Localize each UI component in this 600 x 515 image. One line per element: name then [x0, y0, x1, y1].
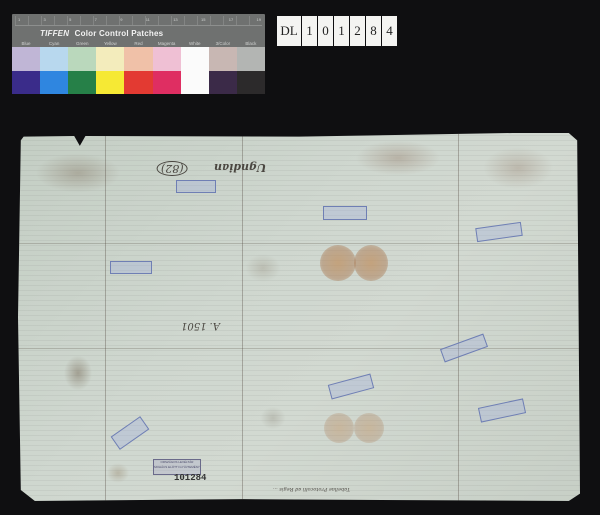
color-patch-yellow: [96, 47, 124, 94]
patch-light: [12, 47, 40, 71]
fold-line: [458, 133, 459, 501]
handwritten-inscription: Tabellae Protocolli ad Regis ...: [273, 486, 350, 492]
color-calibration-chart: 1 3 5 7 9 11 13 15 17 19 TIFFEN Color Co…: [12, 14, 265, 94]
patch-dark: [181, 71, 209, 95]
patch-light: [96, 47, 124, 71]
ruler-numbers: 1 3 5 7 9 11 13 15 17 19: [18, 17, 261, 22]
handwritten-heading: Ugndian: [214, 161, 266, 174]
handwritten-date: A. 1501: [181, 320, 220, 331]
faded-handwriting-lines: [18, 133, 580, 501]
color-patch-red: [124, 47, 152, 94]
color-patch-green: [68, 47, 96, 94]
brand-logo: TIFFEN: [40, 29, 69, 38]
patch-light: [40, 47, 68, 71]
patch-label: Green: [68, 41, 96, 46]
patch-light: [181, 47, 209, 71]
patch-label: Red: [124, 41, 152, 46]
color-patch-magenta: [153, 47, 181, 94]
patch-label: White: [181, 41, 209, 46]
color-patch-blue: [12, 47, 40, 94]
catalog-digit: 1: [302, 16, 317, 46]
blue-stamp: [110, 261, 152, 274]
color-patch-black: [237, 47, 265, 94]
wax-seal-remnant: [354, 413, 384, 443]
fold-line: [18, 243, 580, 244]
patch-light: [153, 47, 181, 71]
color-patch-3color: [209, 47, 237, 94]
wax-seal-remnant: [320, 245, 356, 281]
wax-seal-remnant: [354, 245, 388, 281]
patch-dark: [153, 71, 181, 95]
fold-line: [18, 348, 580, 349]
catalog-digit: 2: [350, 16, 365, 46]
patch-label: Black: [237, 41, 265, 46]
patch-label: Yellow: [96, 41, 124, 46]
patch-light: [68, 47, 96, 71]
patch-dark: [124, 71, 152, 95]
patch-dark: [209, 71, 237, 95]
color-patches: [12, 47, 265, 94]
catalog-digit: 4: [382, 16, 397, 46]
chart-title: Color Control Patches: [75, 29, 164, 38]
circled-number: (82): [157, 161, 188, 176]
catalog-digit: 1: [334, 16, 349, 46]
patch-label: Magenta: [153, 41, 181, 46]
archive-number: 101284: [174, 473, 206, 483]
chart-brand: TIFFEN Color Control Patches: [40, 29, 163, 38]
patch-dark: [40, 71, 68, 95]
catalog-prefix: DL: [277, 16, 301, 46]
patch-light: [124, 47, 152, 71]
fold-line: [242, 133, 243, 501]
patch-dark: [96, 71, 124, 95]
blue-stamp: [176, 180, 216, 193]
fold-line: [105, 133, 106, 501]
catalog-digit: 0: [318, 16, 333, 46]
catalog-digit: 8: [366, 16, 381, 46]
patch-dark: [237, 71, 265, 95]
catalog-label: DL 1 0 1 2 8 4: [277, 16, 397, 46]
color-patch-white: [181, 47, 209, 94]
patch-label: 3/Color: [209, 41, 237, 46]
patch-label: Blue: [12, 41, 40, 46]
patch-dark: [68, 71, 96, 95]
patch-light: [209, 47, 237, 71]
patch-labels: Blue Cyan Green Yellow Red Magenta White…: [12, 41, 265, 46]
patch-label: Cyan: [40, 41, 68, 46]
blue-stamp: [323, 206, 367, 220]
manuscript-document: Ugndian (82) A. 1501 Tabellae Protocolli…: [18, 133, 580, 501]
color-patch-cyan: [40, 47, 68, 94]
wax-seal-remnant: [324, 413, 354, 443]
patch-light: [237, 47, 265, 71]
patch-dark: [12, 71, 40, 95]
